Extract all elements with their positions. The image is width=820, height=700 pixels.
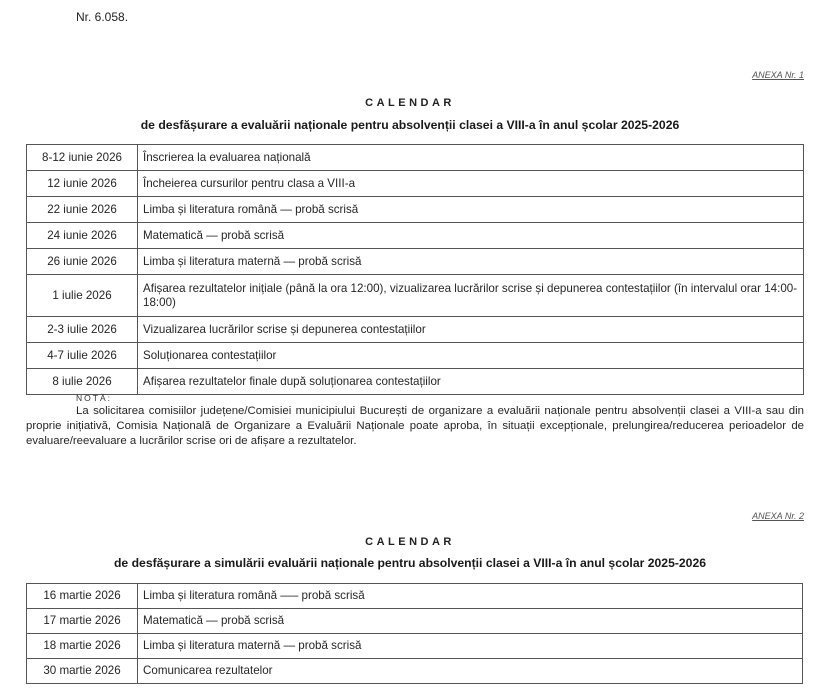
annex-1-calendar-table: 8-12 iunie 2026 Înscrierea la evaluarea … — [26, 144, 804, 395]
activity-cell: Limba și literatura română —– probă scri… — [138, 584, 803, 609]
date-cell: 4-7 iulie 2026 — [27, 343, 138, 369]
table-row: 8 iulie 2026 Afișarea rezultatelor final… — [27, 369, 804, 395]
activity-cell: Matematică — probă scrisă — [138, 223, 804, 249]
table-row: 2-3 iulie 2026 Vizualizarea lucrărilor s… — [27, 317, 804, 343]
table-row: 4-7 iulie 2026 Soluționarea contestațiil… — [27, 343, 804, 369]
activity-cell: Înscrierea la evaluarea națională — [138, 145, 804, 171]
reference-number: Nr. 6.058. — [76, 10, 128, 24]
date-cell: 16 martie 2026 — [27, 584, 138, 609]
date-cell: 24 iunie 2026 — [27, 223, 138, 249]
activity-cell: Afișarea rezultatelor inițiale (până la … — [138, 275, 804, 317]
activity-cell: Comunicarea rezultatelor — [138, 659, 803, 684]
activity-cell: Limba și literatura maternă — probă scri… — [138, 249, 804, 275]
date-cell: 12 iunie 2026 — [27, 171, 138, 197]
date-cell: 1 iulie 2026 — [27, 275, 138, 317]
date-cell: 8 iulie 2026 — [27, 369, 138, 395]
table-row: 12 iunie 2026 Încheierea cursurilor pent… — [27, 171, 804, 197]
annex-2-calendar-table: 16 martie 2026 Limba și literatura român… — [26, 583, 803, 684]
table-row: 22 iunie 2026 Limba și literatura română… — [27, 197, 804, 223]
date-cell: 17 martie 2026 — [27, 609, 138, 634]
activity-cell: Afișarea rezultatelor finale după soluți… — [138, 369, 804, 395]
activity-cell: Soluționarea contestațiilor — [138, 343, 804, 369]
table-row: 16 martie 2026 Limba și literatura român… — [27, 584, 803, 609]
activity-cell: Vizualizarea lucrărilor scrise și depune… — [138, 317, 804, 343]
annex-1-subtitle: de desfășurare a evaluării naționale pen… — [0, 118, 820, 132]
table-row: 26 iunie 2026 Limba și literatura matern… — [27, 249, 804, 275]
table-row: 18 martie 2026 Limba și literatura mater… — [27, 634, 803, 659]
annex-2-title: CALENDAR — [0, 536, 820, 548]
annex-2-label: ANEXA Nr. 2 — [752, 511, 804, 521]
note-text: La solicitarea comisiilor județene/Comis… — [26, 404, 804, 449]
annex-1-title: CALENDAR — [0, 97, 820, 109]
date-cell: 30 martie 2026 — [27, 659, 138, 684]
date-cell: 8-12 iunie 2026 — [27, 145, 138, 171]
date-cell: 2-3 iulie 2026 — [27, 317, 138, 343]
annex-1-label: ANEXA Nr. 1 — [752, 70, 804, 80]
activity-cell: Limba și literatura maternă — probă scri… — [138, 634, 803, 659]
table-row: 17 martie 2026 Matematică — probă scrisă — [27, 609, 803, 634]
date-cell: 22 iunie 2026 — [27, 197, 138, 223]
annex-2-subtitle: de desfășurare a simulării evaluării naț… — [0, 556, 820, 570]
date-cell: 26 iunie 2026 — [27, 249, 138, 275]
activity-cell: Încheierea cursurilor pentru clasa a VII… — [138, 171, 804, 197]
table-row: 1 iulie 2026 Afișarea rezultatelor iniți… — [27, 275, 804, 317]
table-row: 30 martie 2026 Comunicarea rezultatelor — [27, 659, 803, 684]
activity-cell: Matematică — probă scrisă — [138, 609, 803, 634]
table-row: 24 iunie 2026 Matematică — probă scrisă — [27, 223, 804, 249]
activity-cell: Limba și literatura română — probă scris… — [138, 197, 804, 223]
table-row: 8-12 iunie 2026 Înscrierea la evaluarea … — [27, 145, 804, 171]
note-label: NOTĂ: — [76, 393, 112, 403]
date-cell: 18 martie 2026 — [27, 634, 138, 659]
